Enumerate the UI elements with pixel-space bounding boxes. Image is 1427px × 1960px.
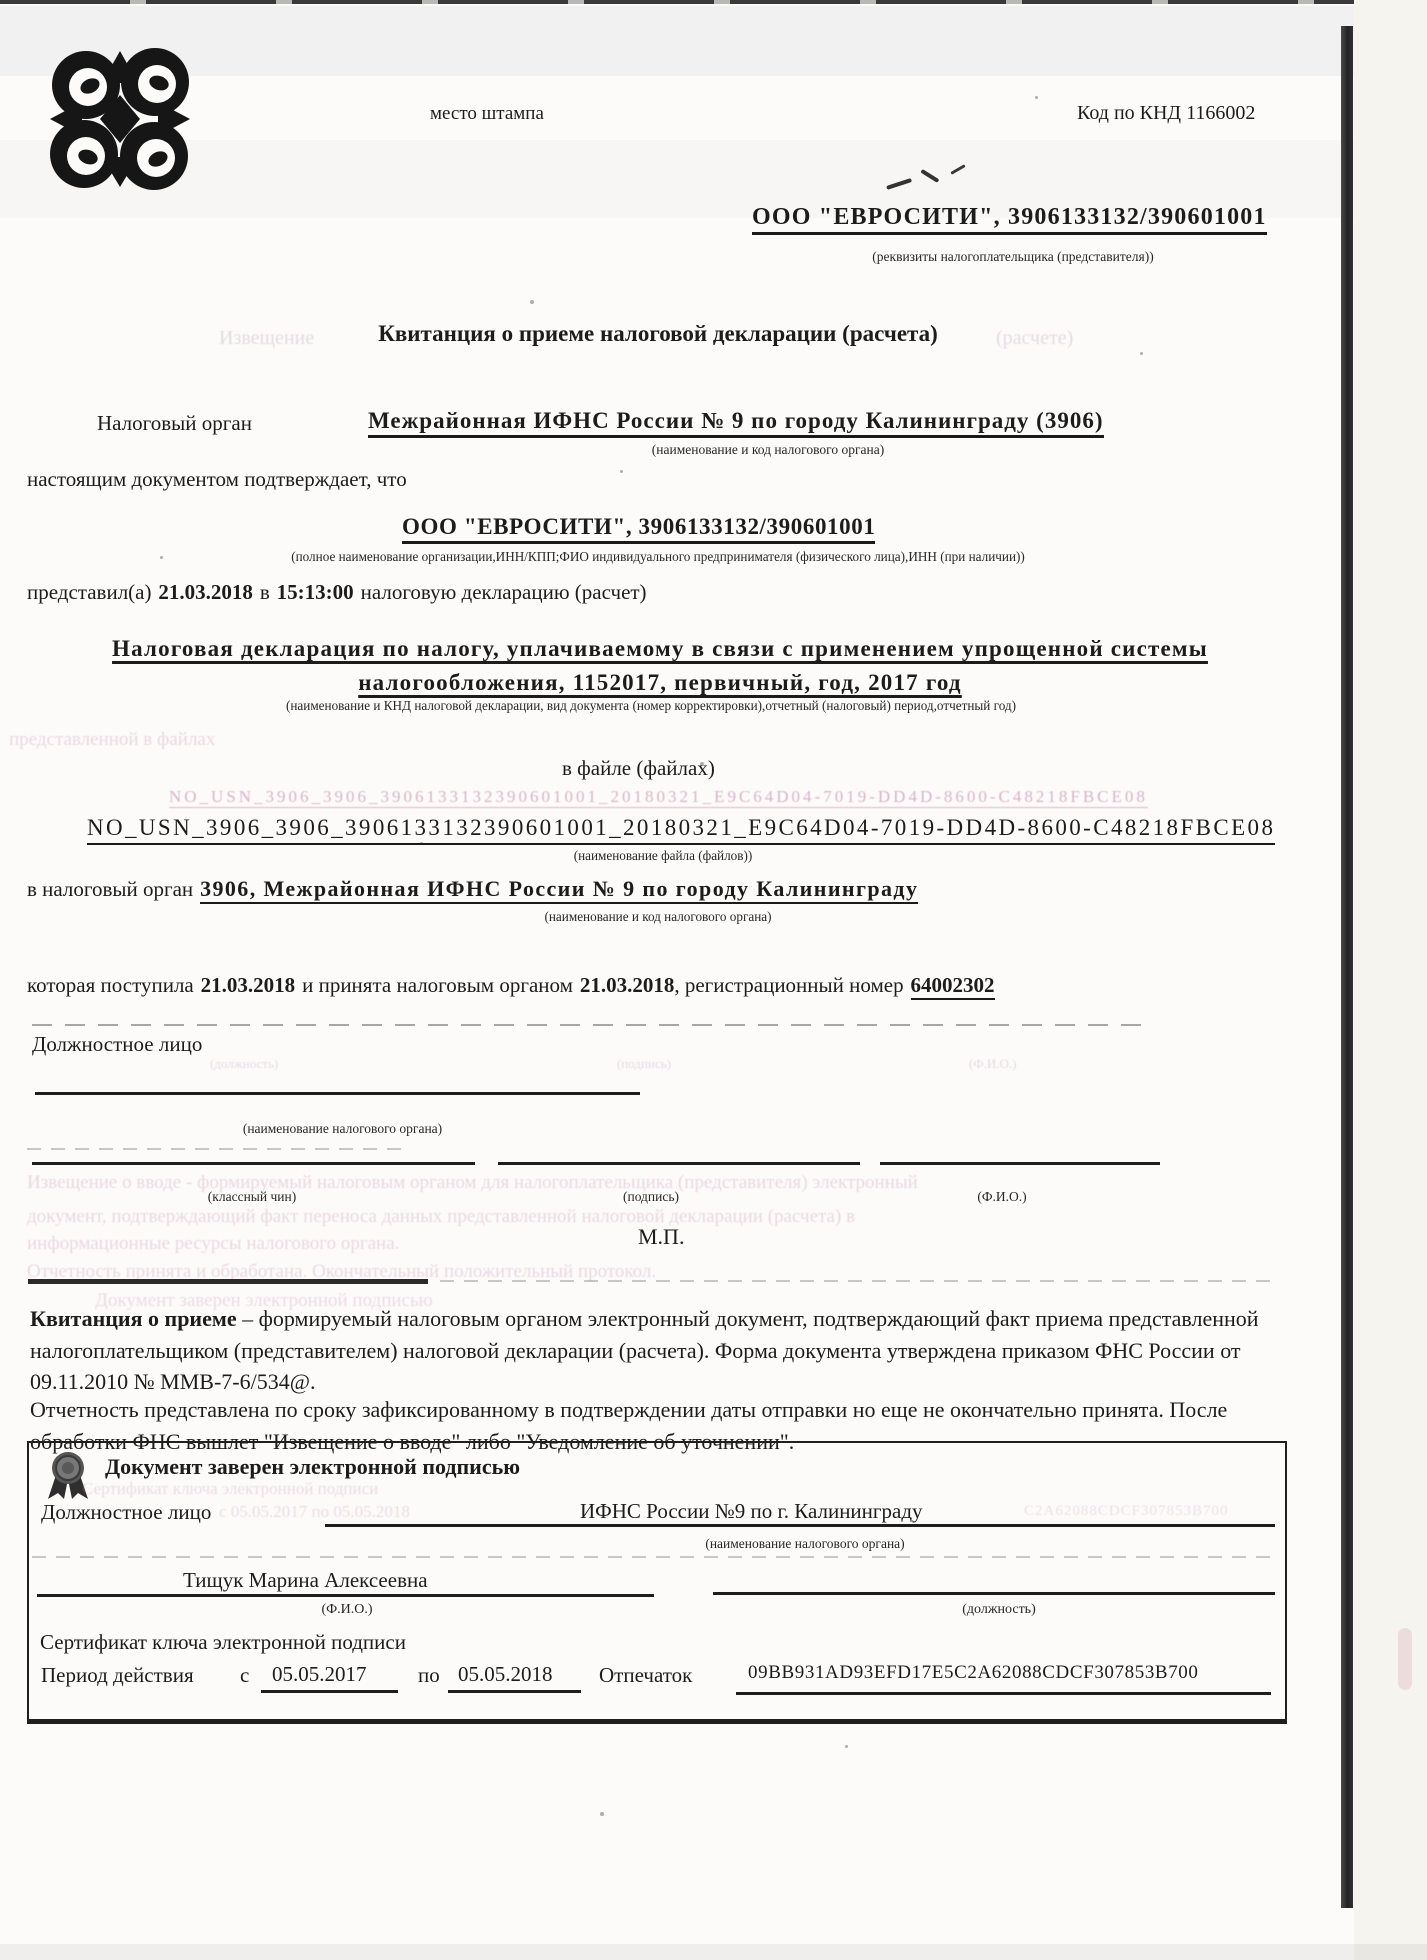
- period-to-label: по: [418, 1663, 440, 1688]
- signature-line-sign: [498, 1162, 860, 1165]
- box-position-hint: (должность): [929, 1602, 1069, 1617]
- declaration-value: Налоговая декларация по налогу, уплачива…: [60, 632, 1260, 700]
- declaration-hint: (наименование и КНД налоговой декларации…: [151, 699, 1151, 714]
- scan-speck: [1035, 96, 1038, 99]
- organization-value: ООО "ЕВРОСИТИ", 3906133132/390601001: [402, 514, 875, 544]
- page-title: Квитанция о приеме налоговой декларации …: [288, 321, 1028, 347]
- scan-speck: [620, 470, 623, 473]
- ghost-box-period-echo: с 05.05.2017 по 05.05.2018: [219, 1502, 410, 1522]
- to-authority-prefix: в налоговый орган: [27, 877, 193, 901]
- box-authority-hint: (наименование налогового органа): [640, 1537, 970, 1552]
- confirm-line: настоящим документом подтверждает, что: [27, 467, 407, 492]
- scan-speck: [1140, 352, 1143, 355]
- received-line: которая поступила21.03.2018и принята нал…: [27, 973, 995, 998]
- signature-line-rank: [32, 1162, 475, 1165]
- scan-top-shade: [0, 6, 1427, 76]
- cert-label: Сертификат ключа электронной подписи: [40, 1630, 406, 1655]
- ornamental-emblem-icon: [44, 45, 196, 198]
- received-part2: и принята налоговым органом: [302, 973, 573, 997]
- ghost-hint-fio: (Ф.И.О.): [969, 1056, 1016, 1072]
- ghost-filename: NO_USN_3906_3906_3906133132390601001_201…: [169, 787, 1148, 808]
- box-fio-line: [37, 1594, 654, 1597]
- period-label: Период действия: [41, 1663, 194, 1688]
- registration-number: 64002302: [911, 973, 995, 1000]
- tax-authority-value: Межрайонная ИФНС России № 9 по городу Ка…: [368, 408, 1104, 438]
- received-date1: 21.03.2018: [201, 973, 296, 997]
- scan-smudge: [1398, 1628, 1412, 1690]
- divider-thick: [28, 1279, 428, 1284]
- artifact-dashed-right: [440, 1280, 1270, 1282]
- scan-edge-bar: [1341, 26, 1353, 1908]
- ghost-para-3: информационные ресурсы налогового органа…: [27, 1233, 399, 1255]
- note-bold: Квитанция о приеме: [30, 1306, 237, 1331]
- ghost-title-right: (расчете): [996, 327, 1073, 350]
- to-authority-value: 3906, Межрайонная ИФНС России № 9 по гор…: [200, 876, 918, 904]
- stamp-place-label: место штампа: [430, 103, 544, 125]
- period-c-label: с: [240, 1663, 249, 1688]
- period-from-line: [261, 1690, 398, 1693]
- signature-box-title: Документ заверен электронной подписью: [105, 1454, 520, 1480]
- period-date-from: 05.05.2017: [272, 1662, 367, 1687]
- box-fio-hint: (Ф.И.О.): [287, 1602, 407, 1617]
- note-dash: –: [242, 1306, 253, 1331]
- submitted-suffix: налоговую декларацию (расчет): [361, 580, 647, 604]
- box-dashed-artifact: [32, 1556, 1272, 1558]
- received-date2: 21.03.2018: [580, 973, 675, 997]
- fingerprint-label: Отпечаток: [599, 1663, 692, 1688]
- fingerprint-line: [736, 1692, 1271, 1695]
- submitted-line: представил(а)21.03.2018в15:13:00налогову…: [27, 580, 647, 605]
- submitted-prefix: представил(а): [27, 580, 151, 604]
- to-authority-line: в налоговый орган3906, Межрайонная ИФНС …: [27, 876, 918, 902]
- ghost-box-hex-echo: C2A62088CDCF307853B700: [1024, 1503, 1229, 1520]
- box-authority-value: ИФНС России №9 по г. Калининграду: [580, 1499, 923, 1524]
- artifact-dashed-short: [27, 1148, 402, 1150]
- tax-authority-hint: (наименование и код налогового органа): [608, 443, 928, 458]
- submitted-time: 15:13:00: [277, 580, 354, 604]
- scan-speck: [845, 1745, 848, 1748]
- signature-line-fio: [880, 1162, 1160, 1165]
- period-date-to: 05.05.2018: [458, 1662, 553, 1687]
- organization-hint: (полное наименование организации,ИНН/КПП…: [158, 550, 1158, 565]
- fingerprint-value: 09BB931AD93EFD17E5C2A62088CDCF307853B700: [748, 1662, 1199, 1684]
- box-official-label: Должностное лицо: [41, 1500, 211, 1525]
- ghost-hint-position: (должность): [210, 1056, 278, 1072]
- box-authority-line: [325, 1524, 1275, 1527]
- file-hint: (наименование файла (файлов)): [513, 849, 813, 864]
- pen-mark: [886, 178, 912, 189]
- note-paragraph: Квитанция о приеме – формируемый налогов…: [30, 1303, 1322, 1398]
- official-label: Должностное лицо: [32, 1032, 202, 1057]
- scan-speck: [530, 300, 534, 304]
- pen-mark: [921, 169, 940, 183]
- ghost-hint-sign: (подпись): [617, 1056, 671, 1072]
- box-position-line: [713, 1592, 1275, 1595]
- filename-value: NO_USN_3906_3906_3906133132390601001_201…: [87, 815, 1275, 845]
- scan-bottom-shade: [0, 1944, 1427, 1960]
- taxpayer-line: ООО "ЕВРОСИТИ", 3906133132/390601001: [752, 204, 1267, 235]
- received-part1: которая поступила: [27, 973, 194, 997]
- knd-code: Код по КНД 1166002: [1077, 102, 1255, 125]
- pen-mark: [950, 164, 965, 175]
- period-to-line: [448, 1690, 581, 1693]
- artifact-dashed-line: [32, 1024, 1143, 1026]
- received-part3: , регистрационный номер: [674, 973, 903, 997]
- tax-authority-label: Налоговый орган: [97, 411, 252, 436]
- signature-line-authority: [35, 1092, 640, 1095]
- fio-hint: (Ф.И.О.): [942, 1190, 1062, 1205]
- taxpayer-hint: (реквизиты налогоплательщика (представит…: [833, 250, 1193, 265]
- submitted-in: в: [260, 580, 270, 604]
- scan-right-margin: [1354, 0, 1427, 1960]
- box-fio-value: Тищук Марина Алексеевна: [183, 1568, 428, 1593]
- authority-name-hint: (наименование налогового органа): [219, 1122, 466, 1137]
- ghost-para-2: документ, подтверждающий факт переноса д…: [27, 1206, 855, 1228]
- ghost-box-cert-echo: Сертификат ключа электронной подписи: [82, 1479, 378, 1499]
- ghost-files-note: представленной в файлах: [9, 729, 215, 751]
- stamp-mp-label: М.П.: [638, 1224, 684, 1250]
- scan-top-edge: [0, 0, 1427, 4]
- to-authority-hint: (наименование и код налогового органа): [508, 910, 808, 925]
- file-label: в файле (файлах): [562, 756, 715, 781]
- ghost-para-1: Извещение о вводе - формируемый налоговы…: [27, 1172, 918, 1194]
- submitted-date: 21.03.2018: [158, 580, 253, 604]
- scanned-document: место штампа Код по КНД 1166002 ООО "ЕВР…: [0, 0, 1427, 1960]
- scan-speck: [600, 1812, 604, 1816]
